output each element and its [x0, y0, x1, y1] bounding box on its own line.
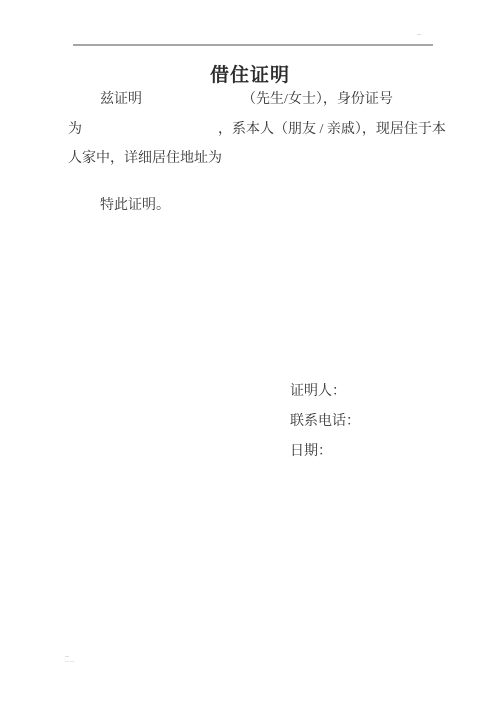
- body-line-1-lead: 兹证明: [100, 92, 142, 107]
- scan-artifact-bottom-left: ‥ ‥‥: [65, 654, 75, 664]
- body-line-2: 为，系本人（朋友 / 亲戚），现居住于本: [68, 121, 434, 138]
- body-line-1: 兹证明（先生/女士），身份证号: [68, 91, 434, 108]
- contact-phone-label: 联系电话：: [290, 411, 360, 441]
- document-title: 借住证明: [0, 60, 500, 87]
- name-blank-field: [142, 91, 242, 103]
- body-line-3: 人家中，详细居住地址为: [68, 151, 434, 167]
- body-line-2-rest: ，系本人（朋友 / 亲戚），现居住于本: [218, 122, 446, 137]
- date-label: 日期：: [290, 441, 360, 471]
- document-page: ‥ 借住证明 兹证明（先生/女士），身份证号 为，系本人（朋友 / 亲戚），现居…: [0, 0, 500, 708]
- prover-label: 证明人：: [290, 381, 360, 411]
- id-number-blank-field: [82, 121, 218, 133]
- scan-artifact-bottom-left-row2: ‥‥: [65, 659, 75, 664]
- body-line-2-lead: 为: [68, 122, 82, 137]
- scan-artifact-top-right: ‥: [417, 32, 421, 37]
- header-rule: [73, 44, 433, 46]
- body-line-1-rest: （先生/女士），身份证号: [242, 92, 393, 107]
- signature-block: 证明人： 联系电话： 日期：: [290, 381, 360, 471]
- closing-text: 特此证明。: [100, 198, 170, 213]
- closing-line: 特此证明。: [68, 198, 434, 214]
